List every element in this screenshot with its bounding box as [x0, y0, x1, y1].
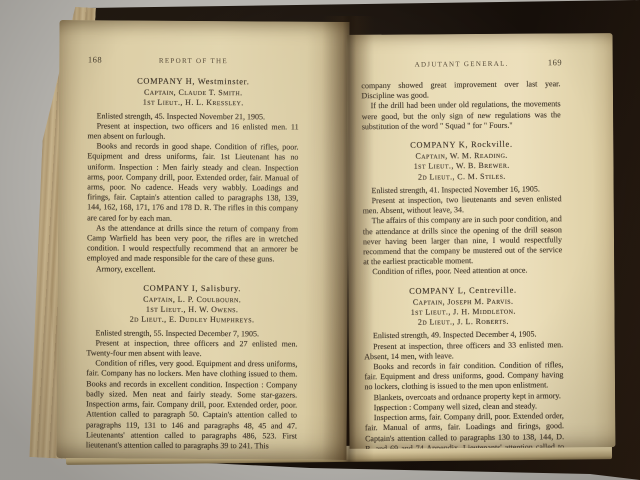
company-heading: COMPANY K, Rockville. [362, 139, 561, 151]
right-page-number: 169 [548, 57, 562, 67]
officer-list: Captain, Claude T. Smith.1st Lieut., H. … [88, 88, 299, 110]
paragraph: Books and records in good shape. Conditi… [87, 142, 298, 225]
paragraph: The affairs of this company are in such … [363, 215, 563, 268]
company-heading: COMPANY H, Westminster. [88, 76, 299, 87]
paragraph: Present at inspection, two lieutenants a… [363, 194, 562, 216]
officer-list: Captain, Joseph M. Parvis.1st Lieut., J.… [364, 296, 563, 329]
paragraph: Present at inspection, three officers an… [86, 338, 297, 360]
book-photo: 168 REPORT OF THE 168 COMPANY H, Westmin… [0, 0, 640, 480]
printer-signature-mark: 11 [376, 406, 382, 413]
officer-line: 1st Lieut., H. L. Kressley. [88, 98, 299, 109]
paragraph: Present at inspection, two officers and … [88, 121, 299, 143]
officer-line: 2d Lieut., J. L. Roberts. [364, 316, 563, 328]
company-heading: COMPANY L, Centreville. [363, 285, 562, 297]
right-page-body: company showed great improvement over la… [361, 79, 564, 449]
paragraph: company showed great improvement over la… [361, 79, 560, 101]
paragraph: Condition of rifles, very good. Equipmen… [86, 359, 297, 452]
company-heading: COMPANY I, Salisbury. [87, 283, 298, 294]
paragraph: Armory, excellent. [87, 264, 298, 275]
left-page-number: 168 [88, 54, 102, 64]
right-page: 169 ADJUTANT GENERAL. 169 company showed… [347, 33, 616, 449]
paragraph: Present at inspection, three officers an… [364, 340, 563, 362]
left-page-body: COMPANY H, Westminster.Captain, Claude T… [86, 76, 299, 451]
officer-line: 2d Lieut., C. M. Stiles. [362, 171, 561, 183]
right-page-header: 169 ADJUTANT GENERAL. 169 [361, 57, 562, 69]
left-page: 168 REPORT OF THE 168 COMPANY H, Westmin… [56, 20, 349, 460]
officer-list: Captain, L. P. Coulbourn.1st Lieut., H. … [87, 294, 298, 326]
officer-list: Captain, W. M. Reading.1st Lieut., W. B.… [362, 150, 561, 183]
paragraph: If the drill had been under old regulati… [362, 100, 561, 133]
paragraph: As the attendance at drills since the re… [87, 223, 298, 265]
left-running-header: REPORT OF THE [102, 56, 285, 65]
left-page-header: 168 REPORT OF THE 168 [88, 54, 299, 65]
paragraph: Condition of rifles, poor. Need attentio… [363, 266, 562, 278]
right-running-header: ADJUTANT GENERAL. [375, 59, 548, 69]
paragraph: Inspection arms, fair. Company drill, po… [365, 411, 565, 449]
officer-line: 2d Lieut., E. Dudley Humphreys. [87, 315, 298, 326]
paragraph: Books and records in fair condition. Con… [364, 360, 563, 393]
